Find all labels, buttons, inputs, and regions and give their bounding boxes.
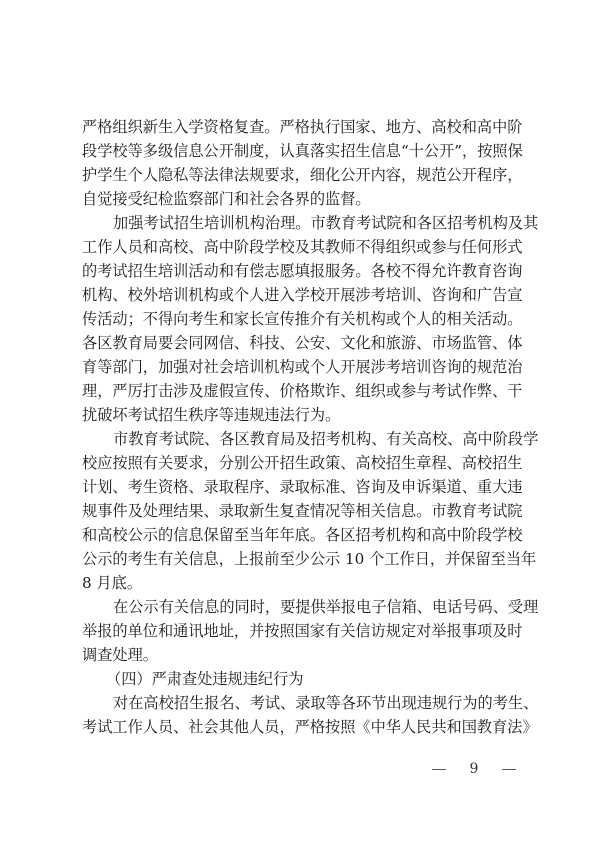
text-line: 调查处理。 xyxy=(82,643,516,667)
text-line: 段学校等多级信息公开制度，认真落实招生信息“十公开”，按照保 xyxy=(82,139,516,163)
paragraph: 市教育考试院、各区教育局及招考机构、有关高校、高中阶段学 校应按照有关要求，分别… xyxy=(82,427,516,595)
document-page: 严格组织新生入学资格复查。严格执行国家、地方、高校和高中阶 段学校等多级信息公开… xyxy=(0,0,595,842)
text-line: 公示的考生有关信息，上报前至少公示 10 个工作日，并保留至当年 xyxy=(82,547,516,571)
text-line: 各区教育局要会同网信、科技、公安、文化和旅游、市场监管、体 xyxy=(82,331,516,355)
text-line: 传活动；不得向考生和家长宣传推介有关机构或个人的相关活动。 xyxy=(82,307,516,331)
dash-left xyxy=(432,769,446,770)
text-line: 工作人员和高校、高中阶段学校及其教师不得组织或参与任何形式 xyxy=(82,235,516,259)
text-line: 校应按照有关要求，分别公开招生政策、高校招生章程、高校招生 xyxy=(82,451,516,475)
dash-right xyxy=(502,769,516,770)
text-line: 考试工作人员、社会其他人员，严格按照《中华人民共和国教育法》 xyxy=(82,715,516,739)
text-line: 自觉接受纪检监察部门和社会各界的监督。 xyxy=(82,187,516,211)
text-line: 对在高校招生报名、考试、录取等各环节出现违规行为的考生、 xyxy=(82,691,516,715)
text-line: 规事件及处理结果、录取新生复查情况等相关信息。市教育考试院 xyxy=(82,499,516,523)
text-line: 育等部门，加强对社会培训机构或个人开展涉考培训咨询的规范治 xyxy=(82,355,516,379)
text-line: 加强考试招生培训机构治理。市教育考试院和各区招考机构及其 xyxy=(82,211,516,235)
paragraph: 在公示有关信息的同时，要提供举报电子信箱、电话号码、受理 举报的单位和通讯地址，… xyxy=(82,595,516,667)
page-number-value: 9 xyxy=(470,759,479,779)
section-heading: （四）严肃查处违规违纪行为 xyxy=(82,667,516,691)
text-line: 扰破坏考试招生秩序等违规违法行为。 xyxy=(82,403,516,427)
text-line: 举报的单位和通讯地址，并按照国家有关信访规定对举报事项及时 xyxy=(82,619,516,643)
text-line: 和高校公示的信息保留至当年年底。各区招考机构和高中阶段学校 xyxy=(82,523,516,547)
document-body: 严格组织新生入学资格复查。严格执行国家、地方、高校和高中阶 段学校等多级信息公开… xyxy=(82,115,516,739)
paragraph: 加强考试招生培训机构治理。市教育考试院和各区招考机构及其 工作人员和高校、高中阶… xyxy=(82,211,516,427)
text-line: 8 月底。 xyxy=(82,571,516,595)
text-line: 护学生个人隐私等法律法规要求，细化公开内容，规范公开程序， xyxy=(82,163,516,187)
text-line: 市教育考试院、各区教育局及招考机构、有关高校、高中阶段学 xyxy=(82,427,516,451)
paragraph: 对在高校招生报名、考试、录取等各环节出现违规行为的考生、 考试工作人员、社会其他… xyxy=(82,691,516,739)
page-number: 9 xyxy=(432,759,516,779)
paragraph: 严格组织新生入学资格复查。严格执行国家、地方、高校和高中阶 段学校等多级信息公开… xyxy=(82,115,516,211)
text-line: 计划、考生资格、录取程序、录取标准、咨询及申诉渠道、重大违 xyxy=(82,475,516,499)
text-line: 在公示有关信息的同时，要提供举报电子信箱、电话号码、受理 xyxy=(82,595,516,619)
text-line: 的考试招生培训活动和有偿志愿填报服务。各校不得允许教育咨询 xyxy=(82,259,516,283)
text-line: 机构、校外培训机构或个人进入学校开展涉考培训、咨询和广告宣 xyxy=(82,283,516,307)
text-line: 理，严厉打击涉及虚假宣传、价格欺诈、组织或参与考试作弊、干 xyxy=(82,379,516,403)
text-line: 严格组织新生入学资格复查。严格执行国家、地方、高校和高中阶 xyxy=(82,115,516,139)
